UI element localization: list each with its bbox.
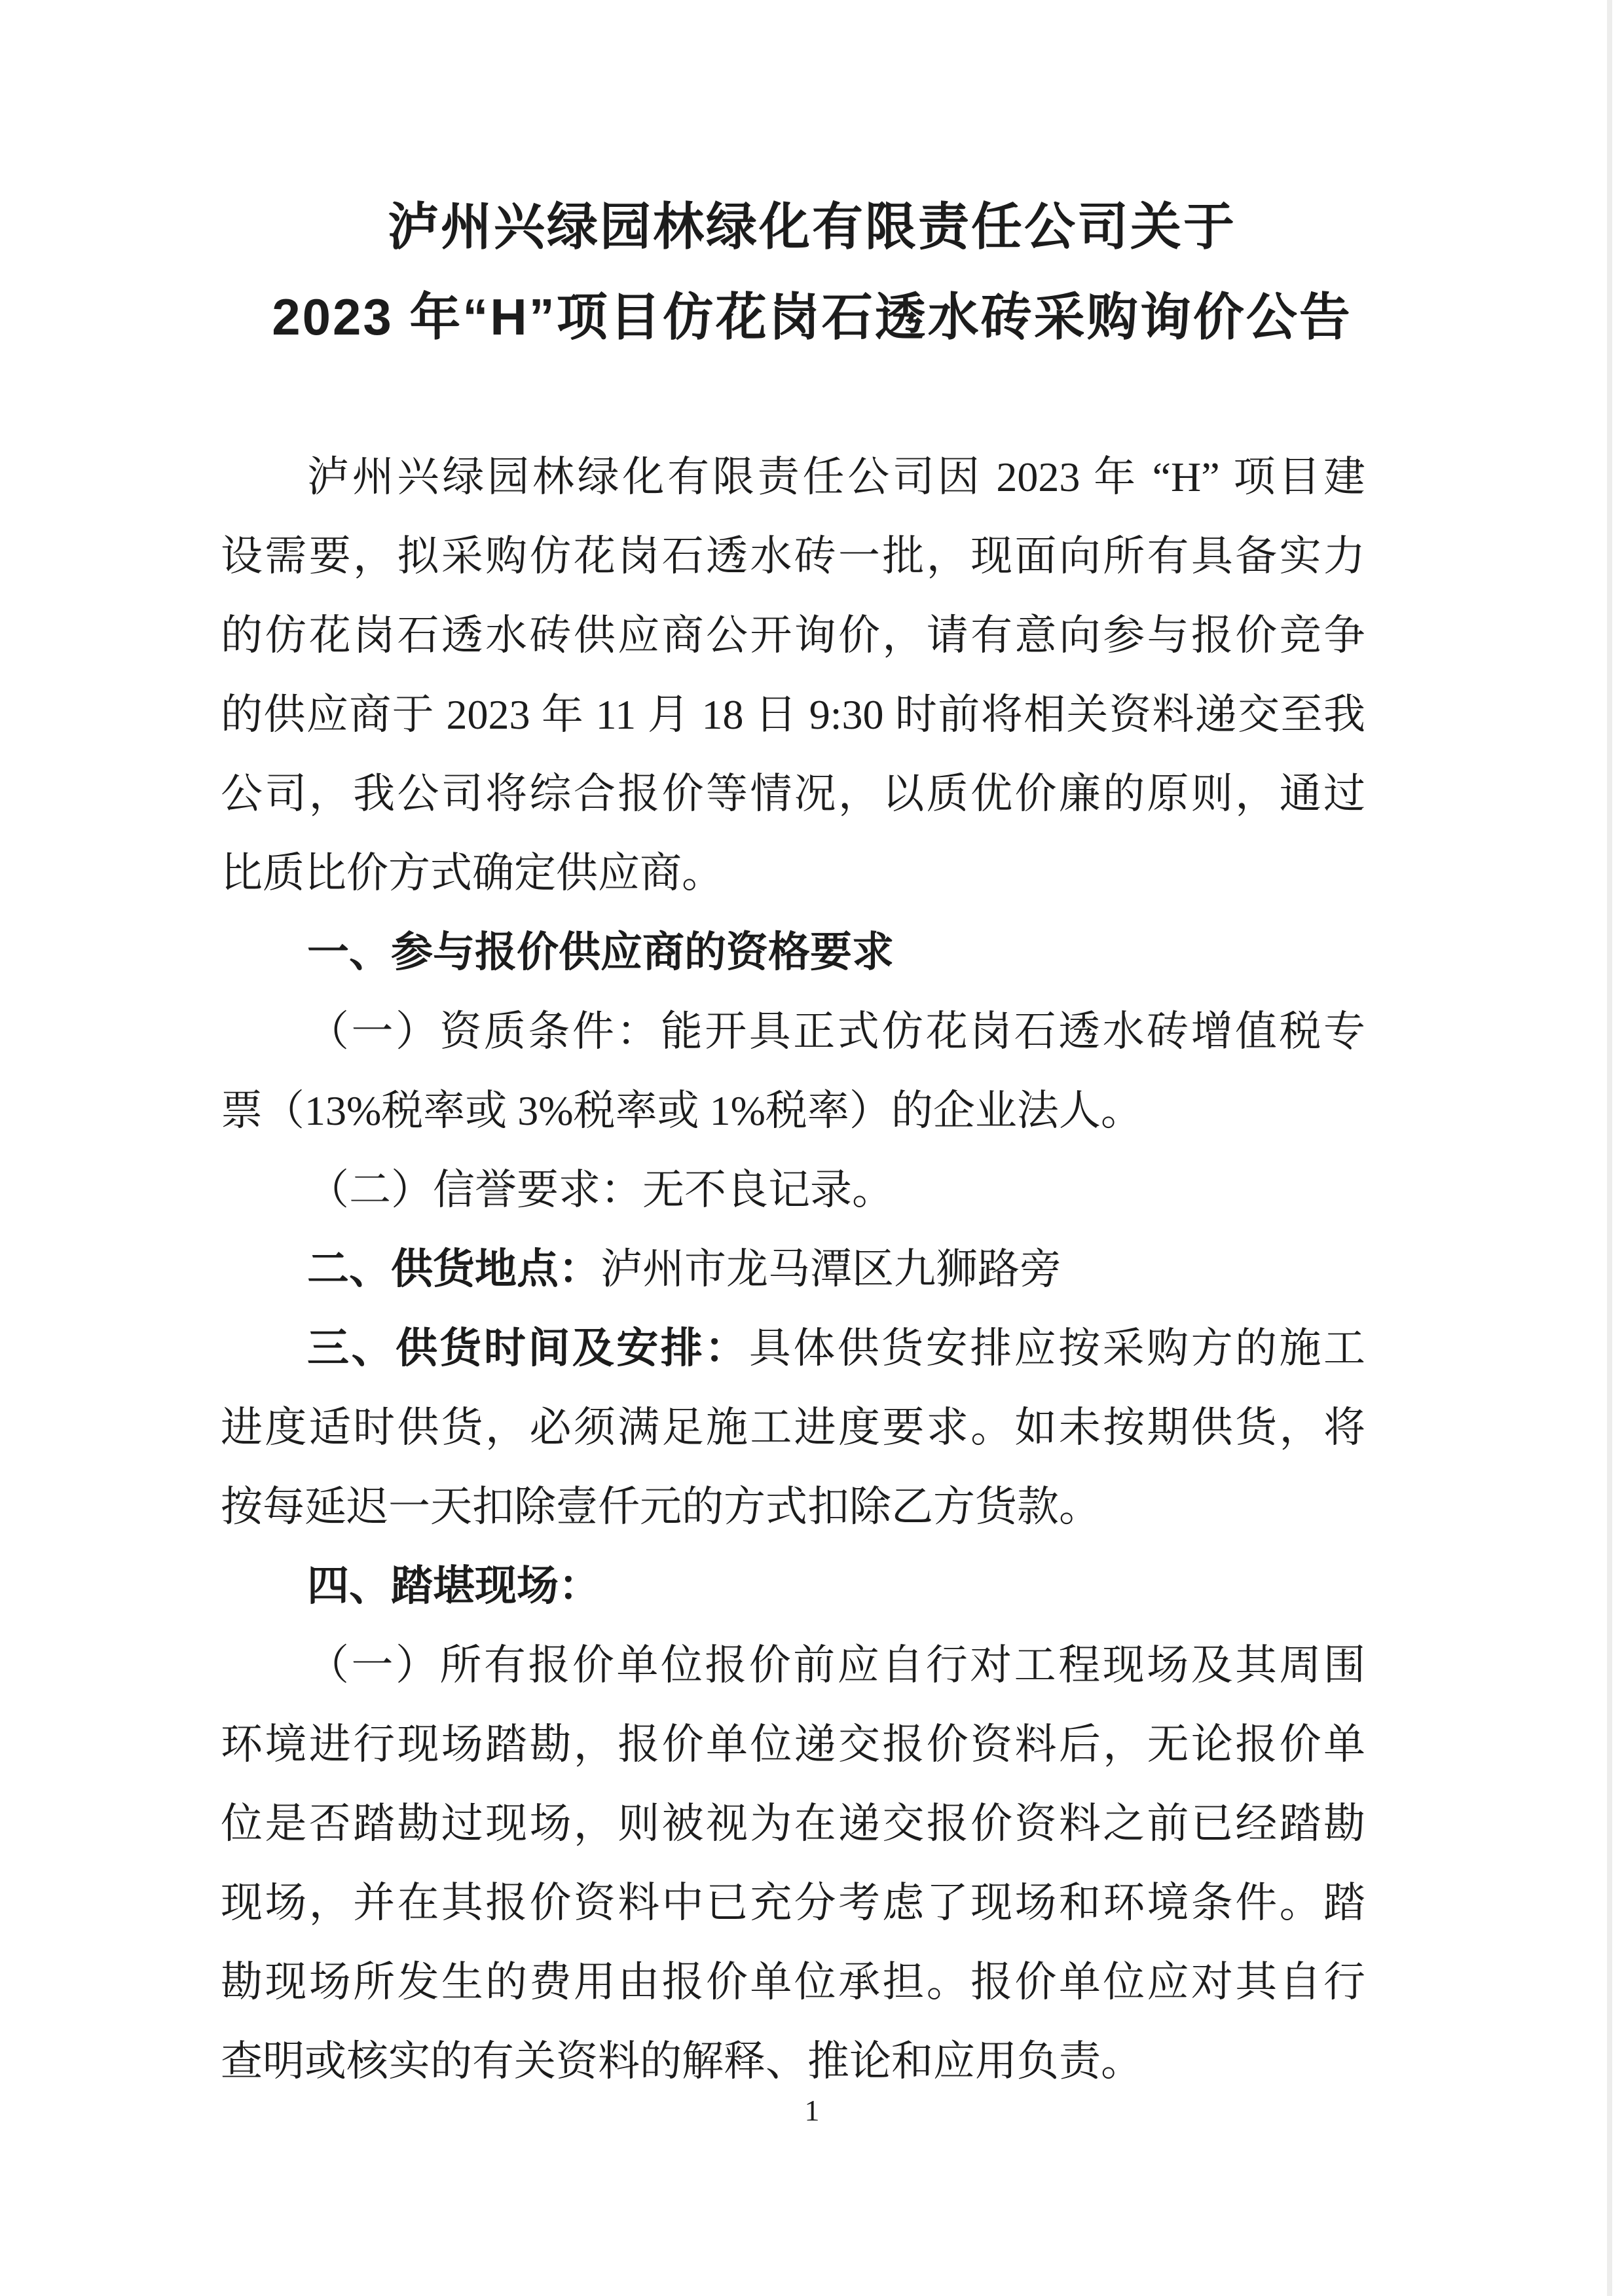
text-line: 设需要，拟采购仿花岗石透水砖一批，现面向所有具备实力 [221, 517, 1365, 596]
text-run: 票（13%税率或 3%税率或 1%税率）的企业法人。 [221, 1087, 1143, 1134]
text-line: 一、参与报价供应商的资格要求 [221, 913, 1365, 992]
text-line: 的供应商于 2023 年 11 月 18 日 9:30 时前将相关资料递交至我 [221, 675, 1365, 754]
title-line-1: 泸州兴绿园林绿化有限责任公司关于 [0, 181, 1624, 272]
page-number: 1 [0, 2090, 1624, 2131]
text-run: 泸州兴绿园林绿化有限责任公司因 2023 年 “H” 项目建 [307, 454, 1365, 500]
document-title: 泸州兴绿园林绿化有限责任公司关于 2023 年“H”项目仿花岗石透水砖采购询价公… [0, 181, 1624, 362]
text-run: 环境进行现场踏勘，报价单位递交报价资料后，无论报价单 [221, 1721, 1365, 1768]
text-line: 进度适时供货，必须满足施工进度要求。如未按期供货，将 [221, 1388, 1365, 1467]
text-line: 三、供货时间及安排：具体供货安排应按采购方的施工 [221, 1309, 1365, 1388]
text-run: 现场，并在其报价资料中已充分考虑了现场和环境条件。踏 [221, 1880, 1365, 1926]
text-run: （一）资质条件：能开具正式仿花岗石透水砖增值税专 [307, 1008, 1365, 1055]
bold-run: 二、供货地点： [307, 1245, 600, 1292]
text-line: 票（13%税率或 3%税率或 1%税率）的企业法人。 [221, 1071, 1365, 1150]
text-run: 泸州市龙马潭区九狮路旁 [600, 1246, 1061, 1292]
text-line: 勘现场所发生的费用由报价单位承担。报价单位应对其自行 [221, 1942, 1365, 2022]
document-page: 泸州兴绿园林绿化有限责任公司关于 2023 年“H”项目仿花岗石透水砖采购询价公… [0, 0, 1624, 2296]
text-line: 查明或核实的有关资料的解释、推论和应用负责。 [221, 2022, 1365, 2101]
text-run: 设需要，拟采购仿花岗石透水砖一批，现面向所有具备实力 [221, 533, 1365, 579]
text-run: 按每延迟一天扣除壹仟元的方式扣除乙方货款。 [221, 1484, 1101, 1530]
text-run: 位是否踏勘过现场，则被视为在递交报价资料之前已经踏勘 [221, 1800, 1365, 1847]
text-run: 比质比价方式确定供应商。 [221, 850, 724, 896]
text-run: （二）信誉要求：无不良记录。 [307, 1167, 894, 1213]
text-run: 具体供货安排应按采购方的施工 [749, 1325, 1365, 1372]
bold-run: 一、参与报价供应商的资格要求 [307, 928, 894, 975]
title-line-2: 2023 年“H”项目仿花岗石透水砖采购询价公告 [0, 272, 1624, 362]
text-line: 二、供货地点：泸州市龙马潭区九狮路旁 [221, 1230, 1365, 1309]
text-line: 按每延迟一天扣除壹仟元的方式扣除乙方货款。 [221, 1467, 1365, 1546]
text-run: 查明或核实的有关资料的解释、推论和应用负责。 [221, 2038, 1143, 2085]
text-run: 的仿花岗石透水砖供应商公开询价，请有意向参与报价竞争 [221, 612, 1365, 659]
text-line: 现场，并在其报价资料中已充分考虑了现场和环境条件。踏 [221, 1863, 1365, 1942]
text-run: 的供应商于 2023 年 11 月 18 日 9:30 时前将相关资料递交至我 [221, 691, 1365, 738]
text-line: 位是否踏勘过现场，则被视为在递交报价资料之前已经踏勘 [221, 1784, 1365, 1863]
text-run: 公司，我公司将综合报价等情况，以质优价廉的原则，通过 [221, 771, 1365, 817]
text-run: 勘现场所发生的费用由报价单位承担。报价单位应对其自行 [221, 1959, 1365, 2005]
text-line: 四、踏堪现场： [221, 1546, 1365, 1626]
bold-run: 三、供货时间及安排： [307, 1324, 749, 1372]
text-line: 环境进行现场踏勘，报价单位递交报价资料后，无论报价单 [221, 1705, 1365, 1784]
bold-run: 四、踏堪现场： [307, 1562, 600, 1609]
text-run: 进度适时供货，必须满足施工进度要求。如未按期供货，将 [221, 1404, 1365, 1451]
text-line: （二）信誉要求：无不良记录。 [221, 1150, 1365, 1230]
text-line: 公司，我公司将综合报价等情况，以质优价廉的原则，通过 [221, 754, 1365, 833]
text-line: 泸州兴绿园林绿化有限责任公司因 2023 年 “H” 项目建 [221, 437, 1365, 517]
text-line: 比质比价方式确定供应商。 [221, 833, 1365, 913]
text-line: （一）所有报价单位报价前应自行对工程现场及其周围 [221, 1626, 1365, 1705]
text-line: （一）资质条件：能开具正式仿花岗石透水砖增值税专 [221, 992, 1365, 1071]
text-line: 的仿花岗石透水砖供应商公开询价，请有意向参与报价竞争 [221, 596, 1365, 675]
scan-edge-artifact [1607, 0, 1612, 2296]
document-body: 泸州兴绿园林绿化有限责任公司因 2023 年 “H” 项目建设需要，拟采购仿花岗… [221, 437, 1365, 2101]
text-run: （一）所有报价单位报价前应自行对工程现场及其周围 [307, 1642, 1365, 1688]
